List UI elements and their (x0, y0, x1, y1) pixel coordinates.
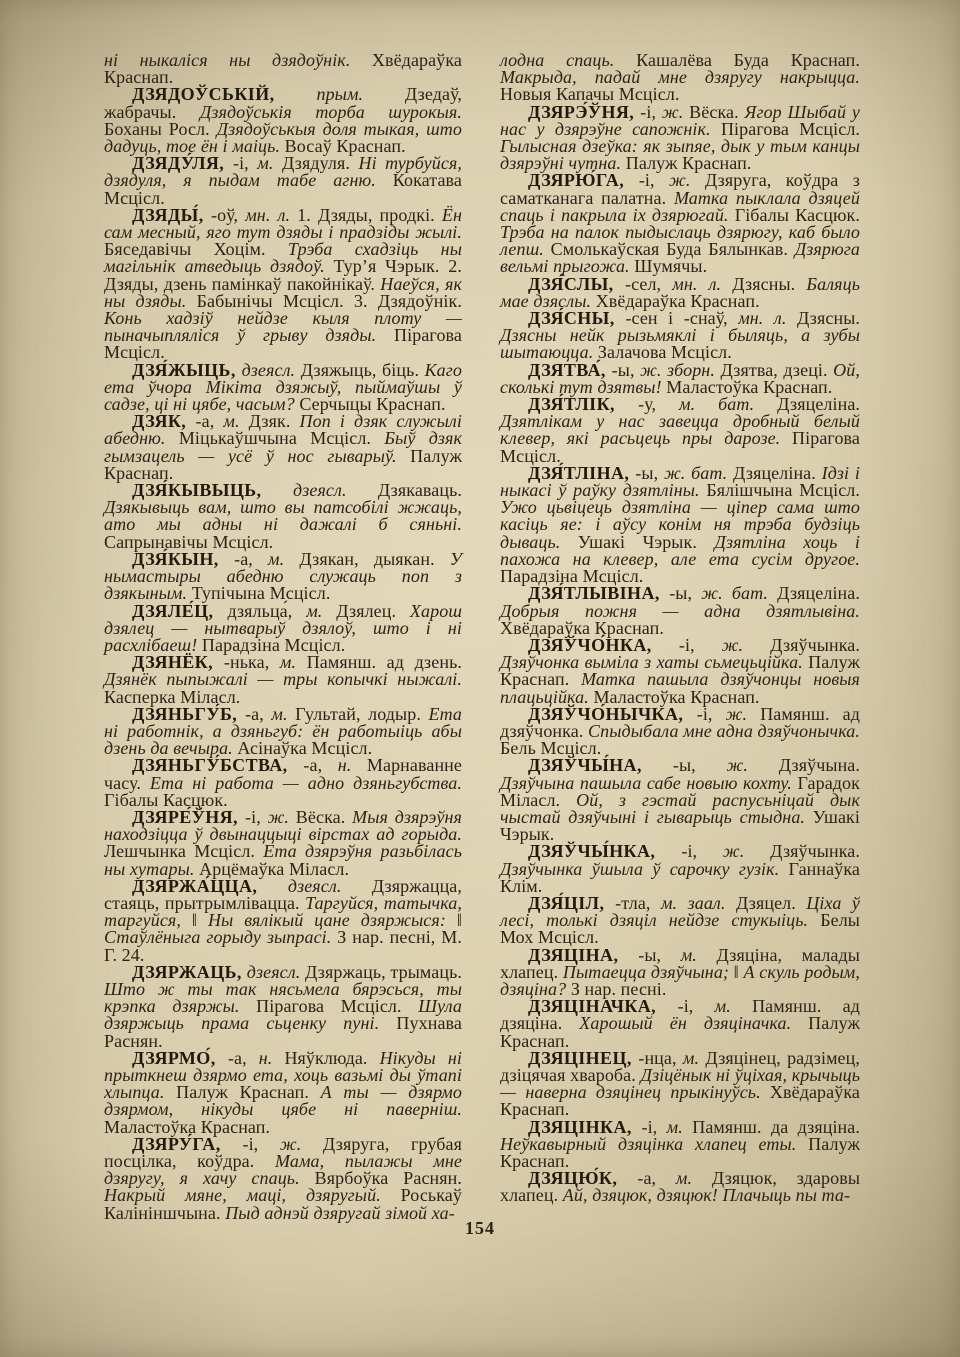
continuation-paragraph: лодна спаць. Кашалёва Буда Краснап. Макр… (500, 52, 860, 104)
example-italic-text: Харошый ён дзяціначка. (579, 1013, 808, 1033)
dictionary-entry: ДЗЯРЮ́ГА, -і, ж. Дзяруга, коўдра з самат… (500, 172, 860, 275)
continuation-paragraph: ні ныкаліся ны дзядоўнік. Хвёдараўка Кра… (104, 52, 462, 86)
dictionary-entry: ДЗЯ́КЫВЫЦЬ, дзеясл. Дзякаваць. Дзякывыць… (104, 482, 462, 551)
dictionary-entry: ДЗЯРЖАЦЬ, дзеясл. Дзяржаць, трымаць. Што… (104, 964, 462, 1050)
dictionary-entry: ДЗЯЛЕ́Ц, дзяльца́, м. Дзялец. Харош дзял… (104, 603, 462, 655)
dictionary-entry: ДЗЯ́СНЫ, -сен і -снаў, мн. л. Дзясны. Дз… (500, 310, 860, 362)
example-italic-text: Дзяўчынка ўшыла ў сарочку гузік. (500, 859, 789, 879)
dictionary-entry: ДЗЯНЬГУ́БСТВА, -а, н. Марнаванне часу. Е… (104, 757, 462, 809)
dictionary-entry: ДЗЯНЬГУ́Б, -а, м. Гультай, лодыр. Ета ні… (104, 706, 462, 758)
left-text-column: ні ныкаліся ны дзядоўнік. Хвёдараўка Кра… (104, 52, 462, 1222)
dictionary-entry: ДЗЯДЫ́, -оў, мн. л. 1. Дзяды, продкі. Ён… (104, 207, 462, 362)
dictionary-entry: ДЗЯЦІНА, -ы, м. Дзяціна, малады хлапец. … (500, 947, 860, 999)
dictionary-entry: ДЗЯЦІНАЧКА, -і, м. Памянш. ад дзяціна. Х… (500, 998, 860, 1050)
dictionary-entry: ДЗЯЎЧО́НКА, -і, ж. Дзяўчынка. Дзяўчонка … (500, 637, 860, 706)
dictionary-entry: ДЗЯРУ́ГА, -і, ж. Дзяруга, грубая посцілк… (104, 1136, 462, 1222)
dictionary-entry: ДЗЯ́СЛЫ, -сел, мн. л. Дзясны. Баляць мае… (500, 276, 860, 310)
dictionary-entry: ДЗЯРЭ́ЎНЯ, -і, ж. Вёска. Ягор Шыбай у на… (500, 104, 860, 173)
right-text-column: лодна спаць. Кашалёва Буда Краснап. Макр… (500, 52, 860, 1205)
dictionary-entry: ДЗЯ́ЦІЛ, -тла, м. заал. Дзяцел. Ціха ў л… (500, 895, 860, 947)
example-italic-text: Дзякывыць вам, што вы патсобілі жжаць, а… (104, 497, 462, 534)
dictionary-entry: ДЗЯДОЎСЬКІЙ, прым. Дзедаў, жабрачы. Дзяд… (104, 86, 462, 155)
dictionary-entry: ДЗЯЎЧЫ́НКА, -і, ж. Дзяўчынка. Дзяўчынка … (500, 843, 860, 895)
dictionary-entry: ДЗЯ́ЖЫЦЬ, дзеясл. Дзяжыць, біць. Каго ет… (104, 362, 462, 414)
example-italic-text: Пыд аднэй дзяругай зімой ха- (225, 1203, 455, 1223)
dictionary-entry: ДЗЯЎЧО́НЫЧКА, -і, ж. Памянш. ад дзяўчонк… (500, 706, 860, 758)
dictionary-entry: ДЗЯ́ТЛІК, -у, м. бат. Дзяцеліна. Дзятлік… (500, 396, 860, 465)
dictionary-entry: ДЗЯ́ТЛЫВІНА, -ы, ж. бат. Дзяцеліна. Добр… (500, 585, 860, 637)
dictionary-entry: ДЗЯЦЮ́К, -а, м. Дзяцюк, здаровы хлапец. … (500, 1170, 860, 1204)
dictionary-entry: ДЗЯ́ТЛІНА, -ы, ж. бат. Дзяцеліна. Ідзі і… (500, 465, 860, 585)
page-number: 154 (430, 1218, 530, 1239)
example-italic-text: Спыдыбала мне адна дзяўчонычка. (588, 721, 860, 741)
dictionary-entry: ДЗЯРЕ́ЎНЯ, -і, ж. Вёска. Мыя дзярэўня на… (104, 809, 462, 878)
dictionary-entry: ДЗЯЎЧЫ́НА, -ы, ж. Дзяўчына. Дзяўчына паш… (500, 757, 860, 843)
dictionary-entry: ДЗЯТВА́, -ы, ж. зборн. Дзятва, дзеці. Ой… (500, 362, 860, 396)
dictionary-entry: ДЗЯЦІНЕЦ, -нца, м. Дзяцінец, радзімец, д… (500, 1050, 860, 1119)
dictionary-entry: ДЗЯРЖА́ЦЦА, дзеясл. Дзяржацца, стаяць, п… (104, 878, 462, 964)
dictionary-entry: ДЗЯ́КЫН, -а, м. Дзякан, дыякан. У нымаст… (104, 551, 462, 603)
dictionary-page-scan: ні ныкаліся ны дзядоўнік. Хвёдараўка Кра… (0, 0, 960, 1357)
example-italic-text: Ай, дзяцюк, дзяцюк! Плачыць пы та- (563, 1185, 850, 1205)
dictionary-entry: ДЗЯНЁК, -нька, м. Памянш. ад дзень. Дзян… (104, 654, 462, 706)
dictionary-entry: ДЗЯЦІНКА, -і, м. Памянш. да дзяціна. Неў… (500, 1119, 860, 1171)
dictionary-entry: ДЗЯК, -а, м. Дзяк. Поп і дзяк служылі аб… (104, 413, 462, 482)
dictionary-entry: ДЗЯРМО́, -а, н. Няўклюда. Нікуды ні прыт… (104, 1050, 462, 1136)
dictionary-entry: ДЗЯДУ́ЛЯ, -і, м. Дзядуля. Ні турбуйся, д… (104, 155, 462, 207)
